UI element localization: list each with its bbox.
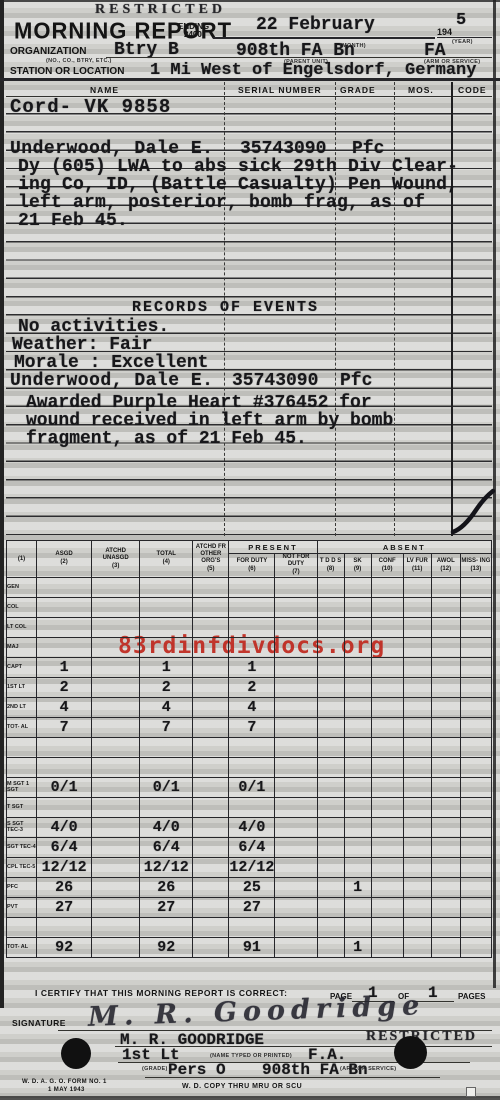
stat-cell xyxy=(193,577,229,597)
stat-cell xyxy=(344,777,371,797)
stat-cell xyxy=(317,677,344,697)
stat-cell xyxy=(229,577,275,597)
stat-cell xyxy=(140,797,193,817)
col-label: ATCHD FR OTHER ORG'S xyxy=(196,544,226,564)
stat-cell xyxy=(275,937,317,957)
stats-row-label: TOT- AL xyxy=(7,937,37,957)
stat-cell xyxy=(403,697,431,717)
stat-cell: 6/4 xyxy=(37,837,92,857)
stat-cell xyxy=(92,757,140,777)
stat-cell xyxy=(431,857,460,877)
stat-cell xyxy=(403,717,431,737)
entry-detail-line: left arm, posterior, bomb frag, as of xyxy=(18,193,425,213)
stat-cell xyxy=(460,877,491,897)
stat-cell xyxy=(431,777,460,797)
records-title: RECORDS OF EVENTS xyxy=(132,299,319,316)
stats-row-label: CPL TEC-5 xyxy=(7,857,37,877)
stat-cell xyxy=(371,917,403,937)
stat-cell: 1 xyxy=(344,877,371,897)
stat-cell xyxy=(460,697,491,717)
stats-row: 2ND LT444 xyxy=(7,697,492,717)
stat-cell xyxy=(344,617,371,637)
stat-cell: 2 xyxy=(37,677,92,697)
stats-row: COL xyxy=(7,597,492,617)
stat-cell xyxy=(275,897,317,917)
pages-value: 1 xyxy=(428,984,438,1002)
stat-cell xyxy=(344,917,371,937)
stat-cell xyxy=(431,797,460,817)
stat-cell xyxy=(317,797,344,817)
stat-cell xyxy=(275,637,317,657)
stat-cell xyxy=(371,797,403,817)
stat-cell: 26 xyxy=(140,877,193,897)
records-entry-grade: Pfc xyxy=(340,371,372,391)
stat-cell xyxy=(275,917,317,937)
stat-cell xyxy=(317,937,344,957)
records-line: No activities. xyxy=(18,317,169,337)
year-hint: (YEAR) xyxy=(452,39,473,45)
copy-note: W. D. COPY THRU MRU OR SCU xyxy=(182,1083,302,1090)
strength-table-wrap: (1) ASGD(2) ATCHD UNASGD(3) TOTAL(4) ATC… xyxy=(6,540,492,958)
stat-cell xyxy=(344,757,371,777)
col-header: ATCHD UNASGD(3) xyxy=(92,541,140,578)
stat-cell xyxy=(193,757,229,777)
stat-cell xyxy=(275,737,317,757)
stat-cell xyxy=(317,877,344,897)
stat-cell xyxy=(317,717,344,737)
stat-cell xyxy=(37,757,92,777)
stat-cell xyxy=(275,717,317,737)
stat-cell: 27 xyxy=(37,897,92,917)
stat-cell xyxy=(317,917,344,937)
stat-cell: 2 xyxy=(229,677,275,697)
stat-cell: 25 xyxy=(229,877,275,897)
stat-cell xyxy=(193,617,229,637)
entry-name: Underwood, Dale E. xyxy=(10,139,213,159)
stat-cell xyxy=(460,657,491,677)
stat-cell xyxy=(403,777,431,797)
stats-row-label xyxy=(7,917,37,937)
stat-cell xyxy=(92,657,140,677)
stats-row: 1ST LT222 xyxy=(7,677,492,697)
form-date: 1 MAY 1943 xyxy=(48,1087,85,1093)
present-group-header: PRESENT xyxy=(229,541,317,554)
stat-cell xyxy=(317,697,344,717)
stat-cell xyxy=(431,817,460,837)
month-hint: (MONTH) xyxy=(340,43,366,49)
stats-row-label: MAJ xyxy=(7,637,37,657)
stats-row: M SGT 1 SGT0/10/10/1 xyxy=(7,777,492,797)
scan-edge-bottom xyxy=(0,1096,500,1100)
scan-edge-left xyxy=(0,0,4,1008)
col-num: (5) xyxy=(193,566,228,573)
stats-row-label: CAPT xyxy=(7,657,37,677)
stat-cell xyxy=(317,597,344,617)
stats-row-label: T SGT xyxy=(7,797,37,817)
stat-cell xyxy=(403,797,431,817)
stat-cell xyxy=(403,897,431,917)
stat-cell xyxy=(92,897,140,917)
stat-cell xyxy=(460,837,491,857)
stat-cell: 4 xyxy=(140,697,193,717)
stats-row: SGT TEC-46/46/46/4 xyxy=(7,837,492,857)
records-detail-line: fragment, as of 21 Feb 45. xyxy=(26,429,307,449)
col-label: TOTAL xyxy=(157,551,176,557)
col-label: LV FUR xyxy=(407,558,428,564)
stat-cell xyxy=(193,797,229,817)
strength-table: (1) ASGD(2) ATCHD UNASGD(3) TOTAL(4) ATC… xyxy=(6,540,492,958)
col-header-name: NAME xyxy=(90,85,119,95)
stat-cell xyxy=(317,777,344,797)
stat-cell xyxy=(193,777,229,797)
station-underline xyxy=(0,78,500,81)
stat-cell xyxy=(275,677,317,697)
stat-cell xyxy=(431,697,460,717)
pen-check-mark xyxy=(438,478,500,540)
stat-cell xyxy=(371,617,403,637)
stats-row-label: COL xyxy=(7,597,37,617)
organization-label: ORGANIZATION xyxy=(10,46,86,57)
stats-row: T SGT xyxy=(7,797,492,817)
stat-cell: 1 xyxy=(140,657,193,677)
stat-cell xyxy=(317,617,344,637)
stats-row-label: LT COL xyxy=(7,617,37,637)
stat-cell: 27 xyxy=(140,897,193,917)
year-underline xyxy=(437,37,492,38)
grade-column-line xyxy=(335,82,336,536)
col-num: (9) xyxy=(345,566,371,573)
col-num: (3) xyxy=(92,563,139,570)
stat-cell: 27 xyxy=(229,897,275,917)
entry-serial: 35743090 xyxy=(240,139,326,159)
stat-cell xyxy=(37,597,92,617)
stat-cell xyxy=(37,737,92,757)
punch-hole-right xyxy=(394,1036,427,1069)
stat-cell xyxy=(344,837,371,857)
col-num: (12) xyxy=(432,566,460,573)
stat-cell xyxy=(275,877,317,897)
stats-row-label: PVT xyxy=(7,897,37,917)
stat-cell: 7 xyxy=(37,717,92,737)
stat-cell xyxy=(92,877,140,897)
stat-cell: 6/4 xyxy=(229,837,275,857)
group-header-row: (1) ASGD(2) ATCHD UNASGD(3) TOTAL(4) ATC… xyxy=(7,541,492,554)
col-num: (6) xyxy=(229,566,274,573)
form-id: W. D. A. G. O. FORM NO. 1 xyxy=(22,1079,107,1085)
records-entry-serial: 35743090 xyxy=(232,371,318,391)
stat-cell xyxy=(229,597,275,617)
col-header: T D D S(8) xyxy=(317,554,344,578)
stat-cell xyxy=(371,677,403,697)
stat-cell xyxy=(275,757,317,777)
col-header: TOTAL(4) xyxy=(140,541,193,578)
records-line: Morale : Excellent xyxy=(14,353,208,373)
stat-cell xyxy=(460,817,491,837)
stats-row: TOT- AL777 xyxy=(7,717,492,737)
stats-row-label xyxy=(7,757,37,777)
stat-cell: 7 xyxy=(229,717,275,737)
stats-row-label xyxy=(7,737,37,757)
records-detail-line: wound received in left arm by bomb xyxy=(26,411,393,431)
stats-row: LT COL xyxy=(7,617,492,637)
stat-cell xyxy=(344,577,371,597)
stat-cell: 1 xyxy=(37,657,92,677)
col-num: (7) xyxy=(275,569,316,576)
station-label: STATION OR LOCATION xyxy=(10,66,124,77)
stats-row-label: 1ST LT xyxy=(7,677,37,697)
stat-cell xyxy=(403,757,431,777)
year-value: 5 xyxy=(456,11,466,30)
col-header: LV FUR(11) xyxy=(403,554,431,578)
stats-row xyxy=(7,917,492,937)
stat-cell xyxy=(275,777,317,797)
col-header: ATCHD FR OTHER ORG'S(5) xyxy=(193,541,229,578)
stat-cell xyxy=(193,857,229,877)
stat-cell xyxy=(431,837,460,857)
stat-cell xyxy=(460,937,491,957)
stat-cell xyxy=(140,617,193,637)
stat-cell xyxy=(344,697,371,717)
stat-cell xyxy=(460,677,491,697)
stats-row-label: TOT- AL xyxy=(7,717,37,737)
stat-cell: 0/1 xyxy=(229,777,275,797)
stat-cell: 12/12 xyxy=(140,857,193,877)
stat-cell xyxy=(403,577,431,597)
stat-cell xyxy=(403,877,431,897)
stat-cell xyxy=(460,917,491,937)
code-line: Cord- VK 9858 xyxy=(10,96,171,118)
stat-cell xyxy=(92,777,140,797)
stats-row-label: 2ND LT xyxy=(7,697,37,717)
stat-cell xyxy=(37,637,92,657)
stat-cell xyxy=(431,757,460,777)
stats-row-label: GEN xyxy=(7,577,37,597)
stat-cell xyxy=(403,837,431,857)
col-label: AWOL xyxy=(437,558,455,564)
stat-cell xyxy=(275,817,317,837)
stat-cell xyxy=(229,617,275,637)
stat-cell xyxy=(460,617,491,637)
stat-cell xyxy=(92,917,140,937)
stat-cell xyxy=(403,817,431,837)
col-header: AWOL(12) xyxy=(431,554,460,578)
date-underline xyxy=(213,37,435,39)
stat-cell xyxy=(344,797,371,817)
stats-row: PVT272727 xyxy=(7,897,492,917)
stats-row: S SGT TEC-34/04/04/0 xyxy=(7,817,492,837)
stat-cell: 1 xyxy=(344,937,371,957)
stat-cell xyxy=(344,657,371,677)
col-label: SK xyxy=(353,558,361,564)
stat-cell xyxy=(275,577,317,597)
records-detail-line: Awarded Purple Heart #376452 for xyxy=(26,393,372,413)
records-entry-name: Underwood, Dale E. xyxy=(10,371,213,391)
strength-table-head: (1) ASGD(2) ATCHD UNASGD(3) TOTAL(4) ATC… xyxy=(7,541,492,578)
stat-cell xyxy=(371,637,403,657)
stat-cell xyxy=(344,717,371,737)
stat-cell xyxy=(275,617,317,637)
stat-cell xyxy=(317,897,344,917)
stat-cell xyxy=(431,877,460,897)
stat-cell xyxy=(403,737,431,757)
signature-label: SIGNATURE xyxy=(12,1018,66,1028)
stats-table-body: GENCOLLT COLMAJCAPT1111ST LT2222ND LT444… xyxy=(7,577,492,957)
col-header: SK(9) xyxy=(344,554,371,578)
stats-row: TOT- AL9292911 xyxy=(7,937,492,957)
col-label: MISS- ING xyxy=(461,558,490,564)
stat-cell xyxy=(193,657,229,677)
stat-cell xyxy=(317,637,344,657)
stat-cell xyxy=(275,657,317,677)
corner-square xyxy=(466,1087,476,1097)
entry-detail-line: ing Co, ID, (Battle Casualty) Pen Wound, xyxy=(18,175,458,195)
stat-cell xyxy=(92,677,140,697)
stat-cell xyxy=(460,797,491,817)
stat-cell xyxy=(37,617,92,637)
stats-row: CAPT111 xyxy=(7,657,492,677)
stat-cell xyxy=(275,797,317,817)
stat-cell xyxy=(317,837,344,857)
stats-row xyxy=(7,737,492,757)
col-num: (2) xyxy=(37,559,91,566)
stat-cell: 92 xyxy=(140,937,193,957)
stat-cell xyxy=(193,837,229,857)
entry-grade: Pfc xyxy=(352,139,384,159)
stat-cell xyxy=(371,577,403,597)
col-label: ATCHD UNASGD xyxy=(103,548,129,561)
col-header: FOR DUTY(6) xyxy=(229,554,275,578)
stat-cell: 4 xyxy=(37,697,92,717)
stat-cell: 7 xyxy=(140,717,193,737)
morning-report-document: RESTRICTED MORNING REPORT ENDING 2400 22… xyxy=(0,0,500,1100)
stat-cell xyxy=(344,737,371,757)
stat-cell xyxy=(431,937,460,957)
stat-cell: 0/1 xyxy=(37,777,92,797)
stat-cell xyxy=(403,677,431,697)
stat-cell xyxy=(460,757,491,777)
stat-cell xyxy=(275,597,317,617)
stat-cell xyxy=(92,937,140,957)
stat-cell xyxy=(344,677,371,697)
stat-cell xyxy=(460,577,491,597)
col-header: MISS- ING(13) xyxy=(460,554,491,578)
stat-cell xyxy=(229,757,275,777)
punch-hole-left xyxy=(61,1038,91,1069)
stat-cell xyxy=(371,717,403,737)
col-num: (10) xyxy=(372,566,403,573)
absent-group-header: ABSENT xyxy=(317,541,491,554)
stat-cell xyxy=(431,897,460,917)
stat-cell xyxy=(317,857,344,877)
stat-cell xyxy=(317,657,344,677)
col-label: T D D S xyxy=(320,558,341,564)
stat-cell: 4/0 xyxy=(140,817,193,837)
stat-cell xyxy=(431,657,460,677)
stat-cell xyxy=(140,637,193,657)
stat-cell xyxy=(371,857,403,877)
stat-cell xyxy=(92,837,140,857)
stat-cell: 12/12 xyxy=(229,857,275,877)
stats-row: CPL TEC-512/1212/1212/12 xyxy=(7,857,492,877)
stat-cell xyxy=(403,857,431,877)
report-date: 22 February xyxy=(256,15,375,35)
stat-cell xyxy=(317,577,344,597)
col-label: CONF xyxy=(379,558,396,564)
stat-cell xyxy=(460,737,491,757)
footer-arm-hint: (ARM OR SERVICE) xyxy=(340,1066,396,1072)
stat-cell xyxy=(460,717,491,737)
stat-cell xyxy=(344,857,371,877)
stat-cell xyxy=(140,577,193,597)
stat-cell xyxy=(140,597,193,617)
stat-cell xyxy=(403,617,431,637)
stat-cell: 2 xyxy=(140,677,193,697)
stat-cell: 26 xyxy=(37,877,92,897)
col-num: (8) xyxy=(318,566,344,573)
col-header: (1) xyxy=(7,541,37,578)
stat-cell xyxy=(92,737,140,757)
duty-underline xyxy=(145,1077,440,1078)
stat-cell xyxy=(460,777,491,797)
stat-cell xyxy=(371,877,403,897)
classification-stamp: RESTRICTED xyxy=(95,2,226,18)
col-header-code: CODE xyxy=(458,85,487,95)
stat-cell xyxy=(371,897,403,917)
stat-cell xyxy=(371,697,403,717)
stat-cell xyxy=(431,577,460,597)
stat-cell xyxy=(371,937,403,957)
stat-cell xyxy=(371,737,403,757)
stats-row-label: S SGT TEC-3 xyxy=(7,817,37,837)
stat-cell xyxy=(403,937,431,957)
stat-cell xyxy=(344,817,371,837)
stat-cell: 1 xyxy=(229,657,275,677)
stat-cell: 4 xyxy=(229,697,275,717)
stat-cell xyxy=(193,597,229,617)
stat-cell xyxy=(193,937,229,957)
records-line: Weather: Fair xyxy=(12,335,152,355)
stat-cell xyxy=(460,897,491,917)
stat-cell xyxy=(193,717,229,737)
col-header-grade: GRADE xyxy=(340,85,376,95)
stat-cell xyxy=(92,577,140,597)
stat-cell xyxy=(403,637,431,657)
stat-cell xyxy=(431,637,460,657)
stat-cell xyxy=(193,737,229,757)
col-header-mos: MOS. xyxy=(408,85,434,95)
stat-cell xyxy=(193,877,229,897)
stat-cell xyxy=(344,637,371,657)
stat-cell xyxy=(371,657,403,677)
stat-cell xyxy=(460,597,491,617)
stat-cell xyxy=(275,857,317,877)
stats-row-label: M SGT 1 SGT xyxy=(7,777,37,797)
stat-cell xyxy=(140,737,193,757)
stat-cell xyxy=(229,797,275,817)
stat-cell xyxy=(193,897,229,917)
stats-row: GEN xyxy=(7,577,492,597)
stat-cell xyxy=(403,657,431,677)
stat-cell xyxy=(92,637,140,657)
stat-cell: 0/1 xyxy=(140,777,193,797)
stat-cell xyxy=(229,637,275,657)
code-column-line xyxy=(451,82,453,536)
stats-row-label: PFC xyxy=(7,877,37,897)
col-label: FOR DUTY xyxy=(237,558,268,564)
stat-cell xyxy=(193,917,229,937)
stat-cell xyxy=(229,917,275,937)
col-label: ASGD xyxy=(55,551,72,557)
